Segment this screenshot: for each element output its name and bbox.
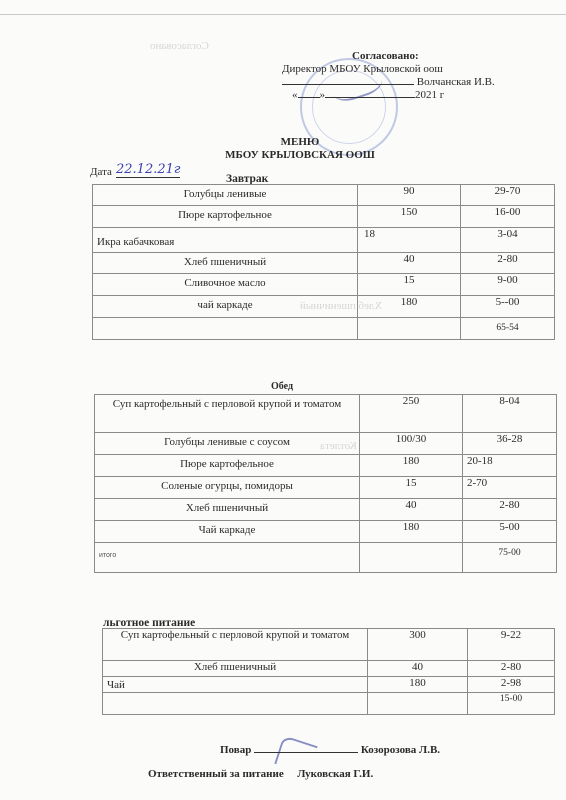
price: 9-22 bbox=[468, 629, 555, 661]
total-label: итого bbox=[99, 552, 116, 559]
director-name: Волчанская И.В. bbox=[417, 76, 495, 88]
school-name: МБОУ КРЫЛОВСКАЯ ООШ bbox=[90, 149, 510, 161]
approval-year: 2021 г bbox=[415, 89, 444, 101]
portion-weight: 40 bbox=[368, 661, 468, 677]
portion-weight: 100/30 bbox=[360, 433, 463, 455]
portion-weight: 18 bbox=[358, 228, 461, 253]
total-row: 65-54 bbox=[93, 318, 555, 340]
portion-weight: 90 bbox=[358, 185, 461, 206]
dish-name: чай каркаде bbox=[93, 296, 358, 318]
date-label: Дата bbox=[90, 166, 112, 178]
table-row: Голубцы ленивые9029-70 bbox=[93, 185, 555, 206]
price: 2-80 bbox=[461, 253, 555, 274]
price: 36-28 bbox=[463, 433, 557, 455]
cook-line: Повар Козорозова Л.В. bbox=[220, 744, 440, 756]
responsible-label: Ответственный за питание bbox=[148, 768, 284, 780]
price: 2-70 bbox=[463, 477, 557, 499]
total-price: 75-00 bbox=[463, 543, 557, 573]
portion-weight: 180 bbox=[358, 296, 461, 318]
total-label-cell: итого bbox=[95, 543, 360, 573]
table-row: Икра кабачковая183-04 bbox=[93, 228, 555, 253]
price: 20-18 bbox=[463, 455, 557, 477]
price: 29-70 bbox=[461, 185, 555, 206]
portion-weight: 180 bbox=[360, 455, 463, 477]
table-row: Голубцы ленивые с соусом100/3036-28 bbox=[95, 433, 557, 455]
total-row: 15-00 bbox=[103, 693, 555, 715]
menu-title: МЕНЮ bbox=[90, 136, 510, 148]
lunch-label: Обед bbox=[271, 381, 293, 392]
price: 2-98 bbox=[468, 677, 555, 693]
approval-heading: Согласовано: bbox=[282, 50, 552, 63]
empty-cell bbox=[360, 543, 463, 573]
table-row: Пюре картофельное18020-18 bbox=[95, 455, 557, 477]
price: 65-54 bbox=[461, 318, 555, 340]
table-row: Чай каркаде1805-00 bbox=[95, 521, 557, 543]
date-value: 22.12.21г bbox=[116, 162, 180, 178]
breakfast-table: Голубцы ленивые9029-70Пюре картофельное1… bbox=[92, 184, 555, 340]
price: 2-80 bbox=[468, 661, 555, 677]
price: 8-04 bbox=[463, 395, 557, 433]
price: 2-80 bbox=[463, 499, 557, 521]
dish-name: Чай bbox=[103, 677, 368, 693]
dish-name: Суп картофельный с перловой крупой и том… bbox=[95, 395, 360, 433]
dish-name: Пюре картофельное bbox=[95, 455, 360, 477]
dish-name: Суп картофельный с перловой крупой и том… bbox=[103, 629, 368, 661]
price: 9-00 bbox=[461, 274, 555, 296]
table-row: Суп картофельный с перловой крупой и том… bbox=[103, 629, 555, 661]
portion-weight: 15 bbox=[360, 477, 463, 499]
price: 5-00 bbox=[463, 521, 557, 543]
portion-weight: 40 bbox=[358, 253, 461, 274]
table-row: Пюре картофельное15016-00 bbox=[93, 206, 555, 228]
cook-label: Повар bbox=[220, 744, 251, 756]
responsible-line: Ответственный за питание Луковская Г.И. bbox=[148, 768, 373, 780]
portion-weight: 15 bbox=[358, 274, 461, 296]
dish-name: Хлеб пшеничный bbox=[93, 253, 358, 274]
dish-name: Хлеб пшеничный bbox=[95, 499, 360, 521]
dish-name: Соленые огурцы, помидоры bbox=[95, 477, 360, 499]
empty-cell bbox=[368, 693, 468, 715]
dish-name: Пюре картофельное bbox=[93, 206, 358, 228]
approval-block: Согласовано: Директор МБОУ Крыловской оо… bbox=[282, 50, 552, 102]
bleed-through-text: Согласовано bbox=[150, 40, 209, 52]
price: 5--00 bbox=[461, 296, 555, 318]
table-row: Чай1802-98 bbox=[103, 677, 555, 693]
preferential-table: Суп картофельный с перловой крупой и том… bbox=[102, 628, 555, 715]
dish-name bbox=[93, 318, 358, 340]
scan-edge-line bbox=[0, 14, 566, 15]
dish-name: Голубцы ленивые bbox=[93, 185, 358, 206]
table-row: Хлеб пшеничный402-80 bbox=[93, 253, 555, 274]
portion-weight bbox=[358, 318, 461, 340]
table-row: Суп картофельный с перловой крупой и том… bbox=[95, 395, 557, 433]
table-row: Хлеб пшеничный402-80 bbox=[103, 661, 555, 677]
price: 16-00 bbox=[461, 206, 555, 228]
total-price: 15-00 bbox=[468, 693, 555, 715]
cook-name: Козорозова Л.В. bbox=[361, 744, 440, 756]
dish-name: Икра кабачковая bbox=[93, 228, 358, 253]
responsible-name: Луковская Г.И. bbox=[297, 768, 373, 780]
table-row: чай каркаде1805--00 bbox=[93, 296, 555, 318]
portion-weight: 180 bbox=[360, 521, 463, 543]
approval-position: Директор МБОУ Крыловской оош bbox=[282, 63, 552, 76]
dish-name: Голубцы ленивые с соусом bbox=[95, 433, 360, 455]
total-row: итого75-00 bbox=[95, 543, 557, 573]
portion-weight: 250 bbox=[360, 395, 463, 433]
lunch-table: Суп картофельный с перловой крупой и том… bbox=[94, 394, 557, 573]
portion-weight: 180 bbox=[368, 677, 468, 693]
dish-name: Хлеб пшеничный bbox=[103, 661, 368, 677]
portion-weight: 150 bbox=[358, 206, 461, 228]
dish-name: Сливочное масло bbox=[93, 274, 358, 296]
table-row: Хлеб пшеничный402-80 bbox=[95, 499, 557, 521]
dish-name: Чай каркаде bbox=[95, 521, 360, 543]
table-row: Соленые огурцы, помидоры152-70 bbox=[95, 477, 557, 499]
portion-weight: 40 bbox=[360, 499, 463, 521]
table-row: Сливочное масло159-00 bbox=[93, 274, 555, 296]
price: 3-04 bbox=[461, 228, 555, 253]
portion-weight: 300 bbox=[368, 629, 468, 661]
empty-cell bbox=[103, 693, 368, 715]
